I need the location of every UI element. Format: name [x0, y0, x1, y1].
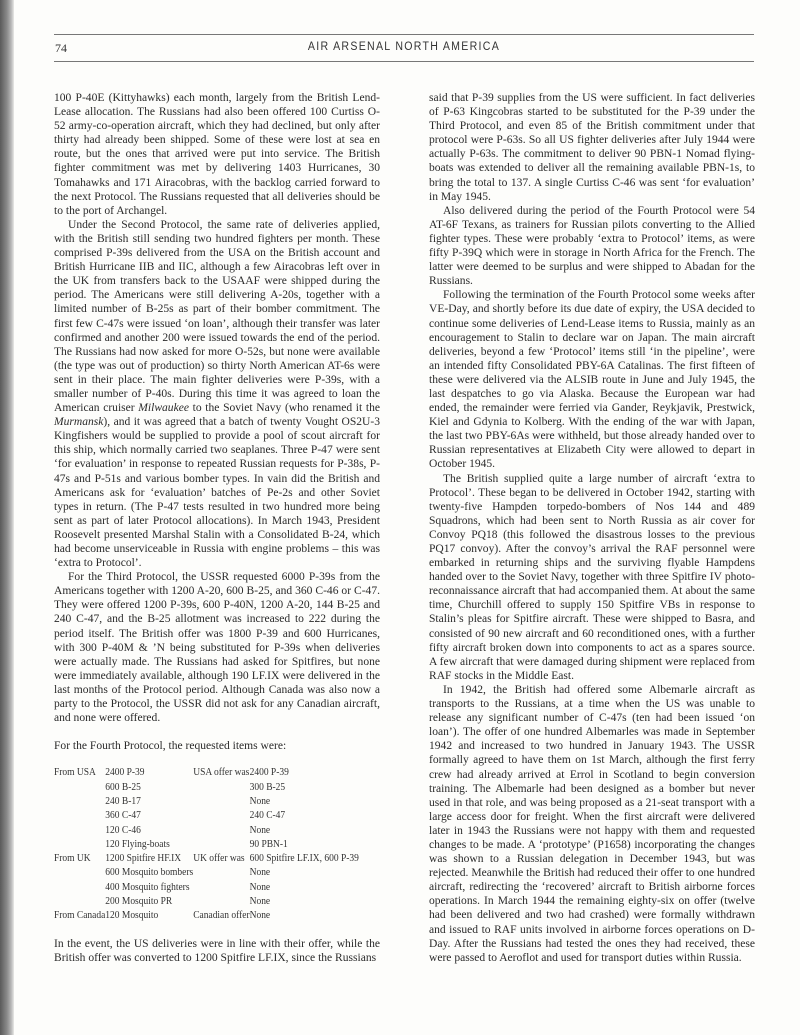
- requested-cell: 1200 Spitfire HF.IX: [105, 852, 193, 866]
- ship-name-milwaukee: Milwaukee: [138, 402, 189, 414]
- requested-cell: 400 Mosquito fighters: [105, 881, 193, 895]
- left-column: 100 P-40E (Kittyhawks) each month, large…: [54, 91, 380, 965]
- source-cell: [54, 895, 105, 909]
- source-cell: [54, 838, 105, 852]
- fourth-protocol-table: From USA2400 P-39USA offer was2400 P-396…: [54, 766, 359, 923]
- requested-cell: 360 C-47: [105, 809, 193, 823]
- paragraph: In 1942, the British had offered some Al…: [429, 683, 755, 965]
- source-cell: [54, 881, 105, 895]
- book-spine-shadow: [0, 0, 14, 1035]
- paragraph: Also delivered during the period of the …: [429, 204, 755, 289]
- table-row: 360 C-47240 C-47: [54, 809, 359, 823]
- header-bottom-rule: [54, 61, 754, 62]
- ship-name-murmansk: Murmansk: [54, 416, 103, 428]
- paragraph: Following the termination of the Fourth …: [429, 288, 755, 471]
- page-number: 74: [55, 41, 67, 56]
- source-cell: [54, 809, 105, 823]
- offer-label-cell: Canadian offer: [193, 909, 249, 923]
- offered-cell: None: [250, 824, 359, 838]
- offer-label-cell: [193, 895, 249, 909]
- requested-cell: 600 B-25: [105, 781, 193, 795]
- table-row: 120 C-46None: [54, 824, 359, 838]
- requested-cell: 120 Flying-boats: [105, 838, 193, 852]
- offer-label-cell: USA offer was: [193, 766, 249, 780]
- table-intro: For the Fourth Protocol, the requested i…: [54, 739, 380, 753]
- table-row: 240 B-17None: [54, 795, 359, 809]
- offered-cell: 2400 P-39: [250, 766, 359, 780]
- source-cell: [54, 781, 105, 795]
- table-row: From Canada120 MosquitoCanadian offerNon…: [54, 909, 359, 923]
- right-column: said that P-39 supplies from the US were…: [429, 91, 755, 965]
- offer-label-cell: [193, 881, 249, 895]
- header-top-rule: [54, 34, 754, 35]
- source-cell: [54, 795, 105, 809]
- table-row: From USA2400 P-39USA offer was2400 P-39: [54, 766, 359, 780]
- offer-label-cell: [193, 795, 249, 809]
- table-row: From UK1200 Spitfire HF.IXUK offer was60…: [54, 852, 359, 866]
- offer-label-cell: [193, 781, 249, 795]
- paragraph: For the Third Protocol, the USSR request…: [54, 570, 380, 725]
- requested-cell: 240 B-17: [105, 795, 193, 809]
- paragraph-text: Under the Second Protocol, the same rate…: [54, 219, 380, 414]
- paragraph: said that P-39 supplies from the US were…: [429, 91, 755, 204]
- source-cell: [54, 866, 105, 880]
- offer-label-cell: UK offer was: [193, 852, 249, 866]
- offered-cell: None: [250, 881, 359, 895]
- table-row: 400 Mosquito fightersNone: [54, 881, 359, 895]
- offered-cell: 600 Spitfire LF.IX, 600 P-39: [250, 852, 359, 866]
- paragraph: The British supplied quite a large numbe…: [429, 472, 755, 683]
- offered-cell: 90 PBN-1: [250, 838, 359, 852]
- running-head: AIR ARSENAL NORTH AMERICA: [82, 41, 726, 53]
- requested-cell: 600 Mosquito bombers: [105, 866, 193, 880]
- paragraph-text: ), and it was agreed that a batch of twe…: [54, 416, 380, 569]
- offered-cell: 240 C-47: [250, 809, 359, 823]
- paragraph: 100 P-40E (Kittyhawks) each month, large…: [54, 91, 380, 218]
- requested-cell: 120 Mosquito: [105, 909, 193, 923]
- source-cell: [54, 824, 105, 838]
- paragraph: In the event, the US deliveries were in …: [54, 937, 380, 965]
- offered-cell: None: [250, 895, 359, 909]
- table-row: 120 Flying-boats90 PBN-1: [54, 838, 359, 852]
- requested-cell: 120 C-46: [105, 824, 193, 838]
- paragraph-text: to the Soviet Navy (who renamed it the: [189, 402, 380, 414]
- offered-cell: None: [250, 795, 359, 809]
- offer-label-cell: [193, 866, 249, 880]
- source-cell: From Canada: [54, 909, 105, 923]
- offered-cell: None: [250, 866, 359, 880]
- offered-cell: 300 B-25: [250, 781, 359, 795]
- requested-cell: 2400 P-39: [105, 766, 193, 780]
- paragraph: Under the Second Protocol, the same rate…: [54, 218, 380, 570]
- table-row: 600 B-25300 B-25: [54, 781, 359, 795]
- offer-label-cell: [193, 838, 249, 852]
- offer-label-cell: [193, 809, 249, 823]
- table-row: 600 Mosquito bombersNone: [54, 866, 359, 880]
- offer-label-cell: [193, 824, 249, 838]
- table-row: 200 Mosquito PRNone: [54, 895, 359, 909]
- offered-cell: None: [250, 909, 359, 923]
- source-cell: From USA: [54, 766, 105, 780]
- source-cell: From UK: [54, 852, 105, 866]
- requested-cell: 200 Mosquito PR: [105, 895, 193, 909]
